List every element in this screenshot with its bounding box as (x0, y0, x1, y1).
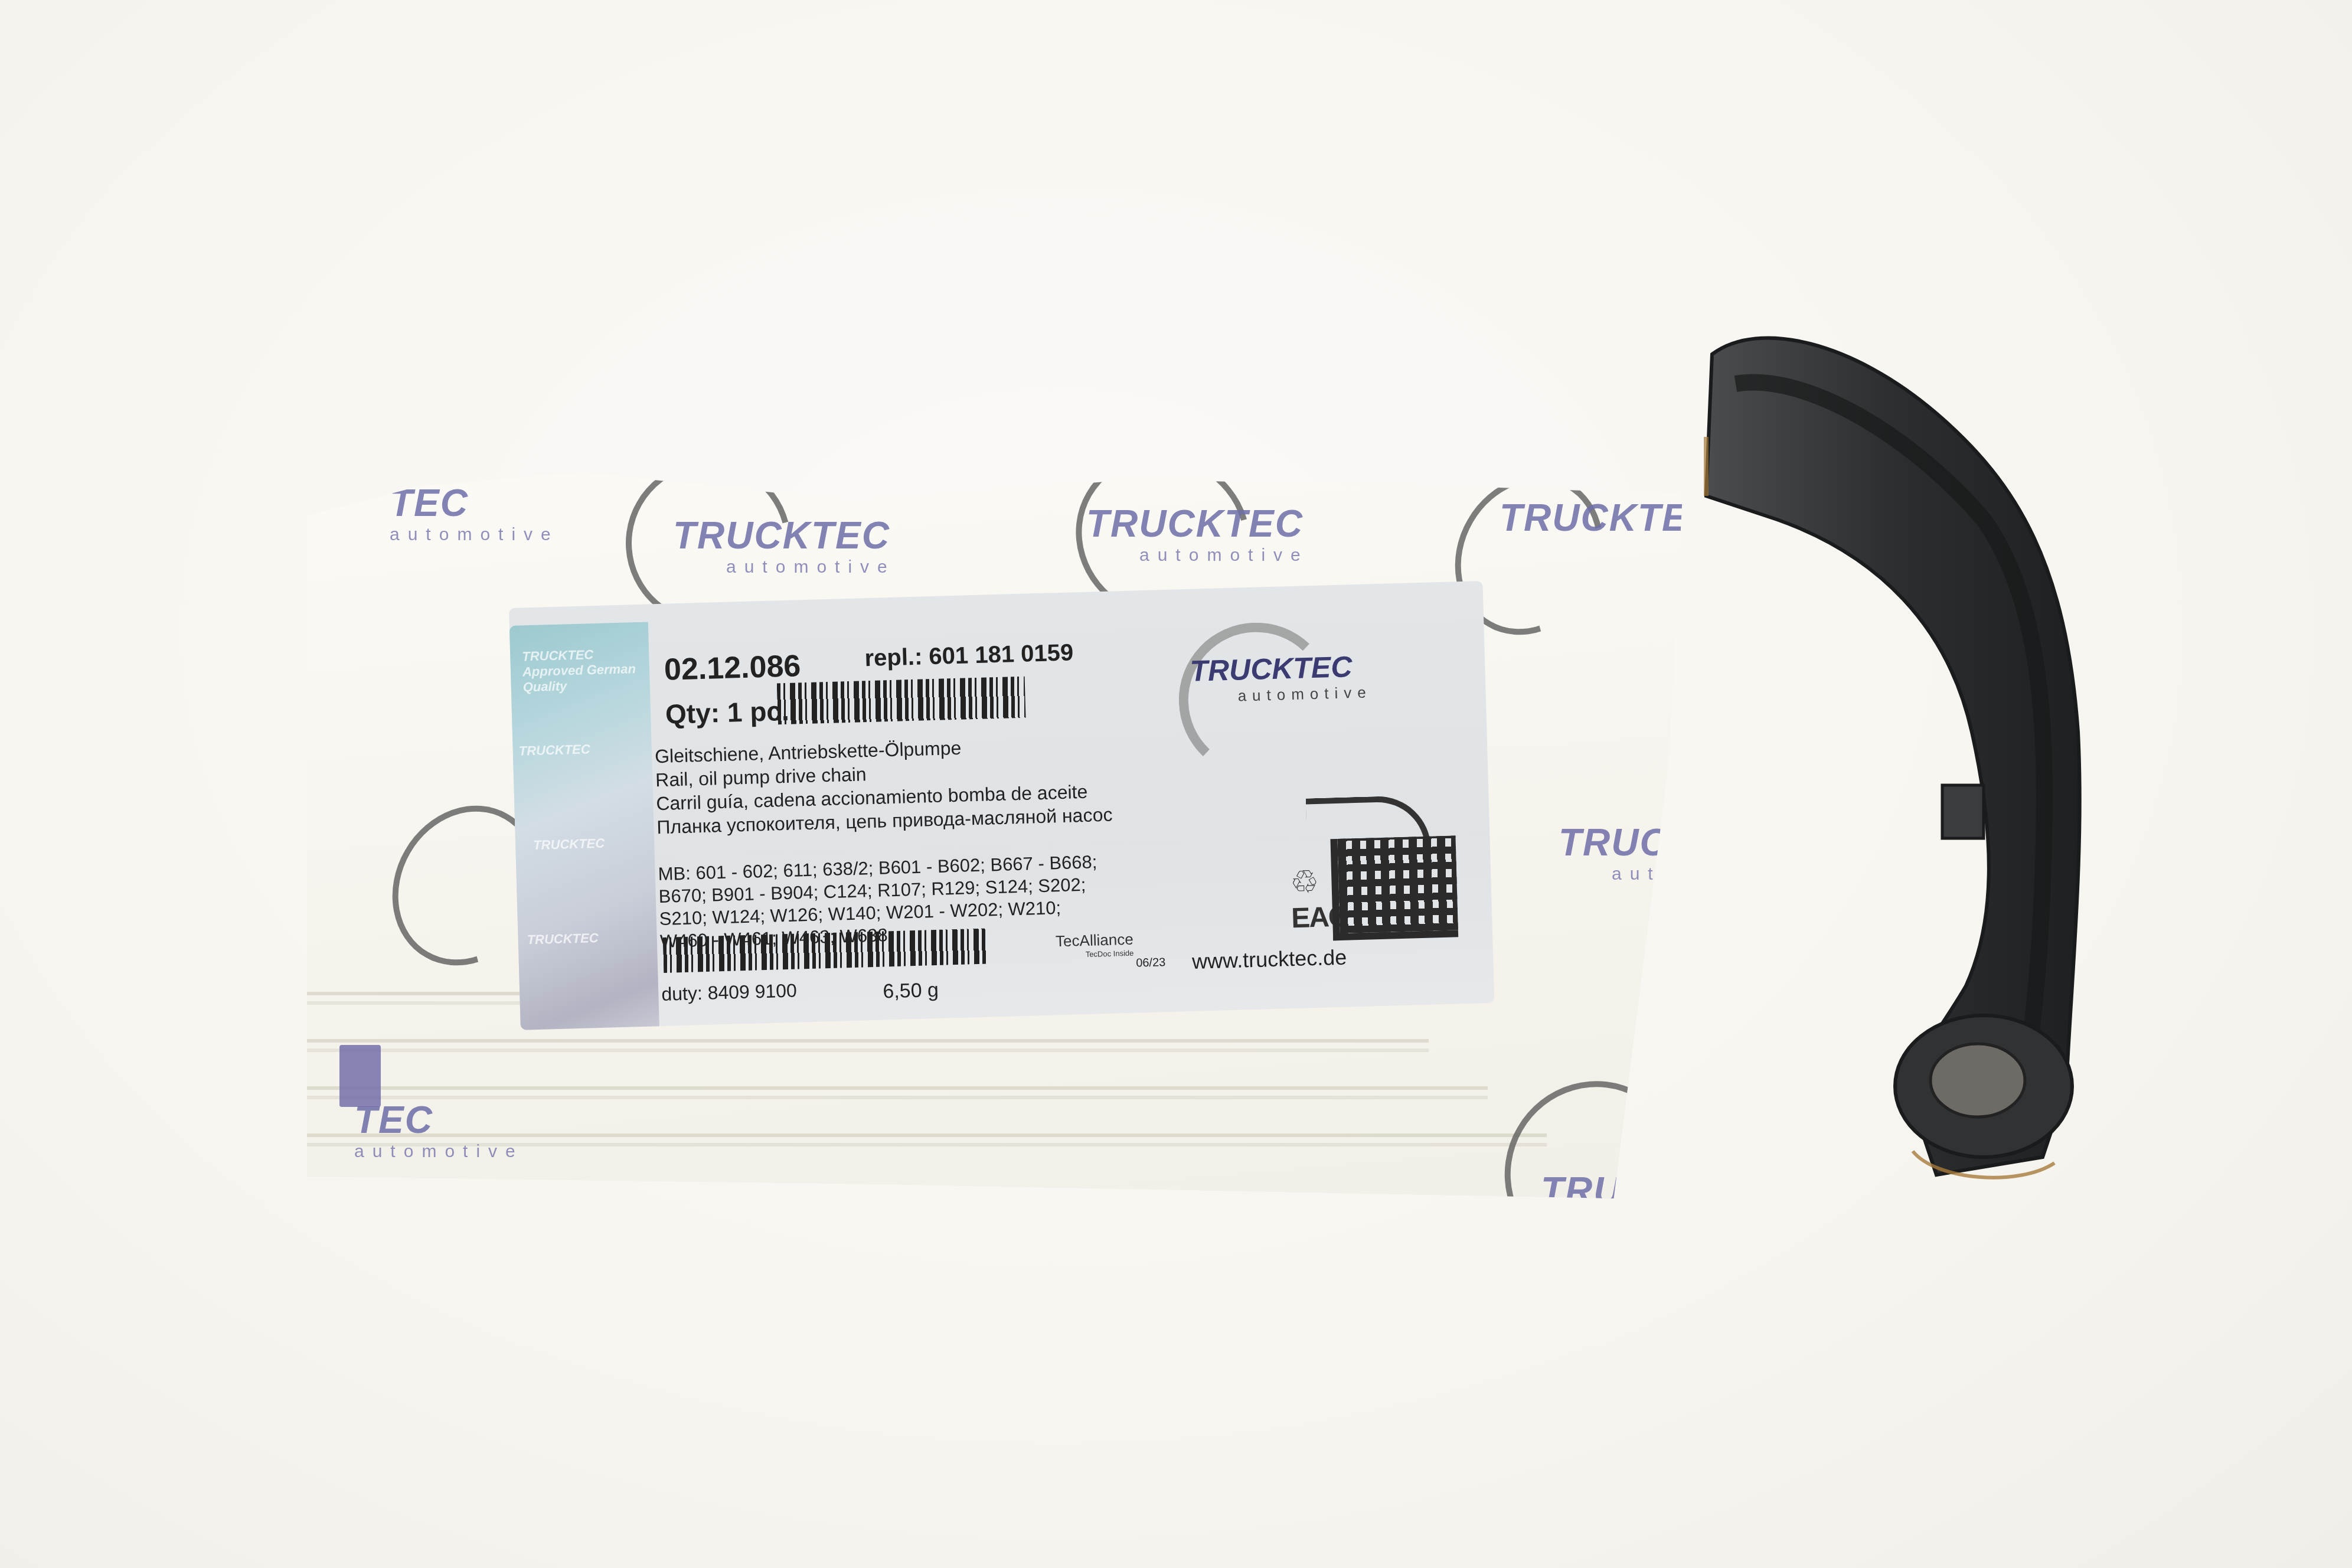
photo-stage: TEC automotive TRUCKTEC automotive TRUCK… (0, 0, 2352, 1568)
weight: 6,50 g (883, 979, 939, 1004)
datamatrix-code (1330, 835, 1458, 940)
trucktec-logo: TRUCKTEC automotive (1190, 649, 1373, 707)
bag-brand-print: TRUCKTEC (1500, 496, 1717, 540)
bag-brand-print: TEC automotive (390, 481, 559, 545)
hologram-sticker: TRUCKTEC Approved German Quality TRUCKTE… (509, 622, 659, 1030)
chain-guide-rail (1688, 319, 2149, 1193)
tecalliance-logo: TecAlliance TecDoc Inside (1056, 930, 1134, 960)
rail-eyelet-hole (1930, 1044, 2025, 1117)
rail-tab (1942, 785, 1984, 838)
production-date: 06/23 (1136, 956, 1166, 970)
oe-replacement-number: repl.: 601 181 0159 (864, 639, 1074, 672)
barcode (777, 677, 1026, 725)
bag-brand-print: TEC automotive (354, 1098, 524, 1162)
quantity: Qty: 1 pc. (665, 695, 789, 730)
recycle-icon: ♲ (1290, 863, 1319, 901)
bag-square-mark (339, 1045, 381, 1107)
customs-duty-code: duty: 8409 9100 (661, 980, 797, 1005)
description-en: Rail, oil pump drive chain (655, 763, 867, 791)
bag-seal-line (307, 1086, 1488, 1099)
description-de: Gleitschiene, Antriebskette-Ölpumpe (655, 737, 962, 767)
bag-brand-print: TRUCKTEC automotive (1086, 502, 1309, 566)
website-url: www.trucktec.de (1192, 945, 1347, 974)
bag-brand-print: TRUCKTEC automotive (673, 514, 896, 577)
product-label: TRUCKTEC Approved German Quality TRUCKTE… (509, 581, 1494, 1030)
bag-seal-line (307, 1039, 1429, 1052)
part-number: 02.12.086 (664, 648, 801, 687)
